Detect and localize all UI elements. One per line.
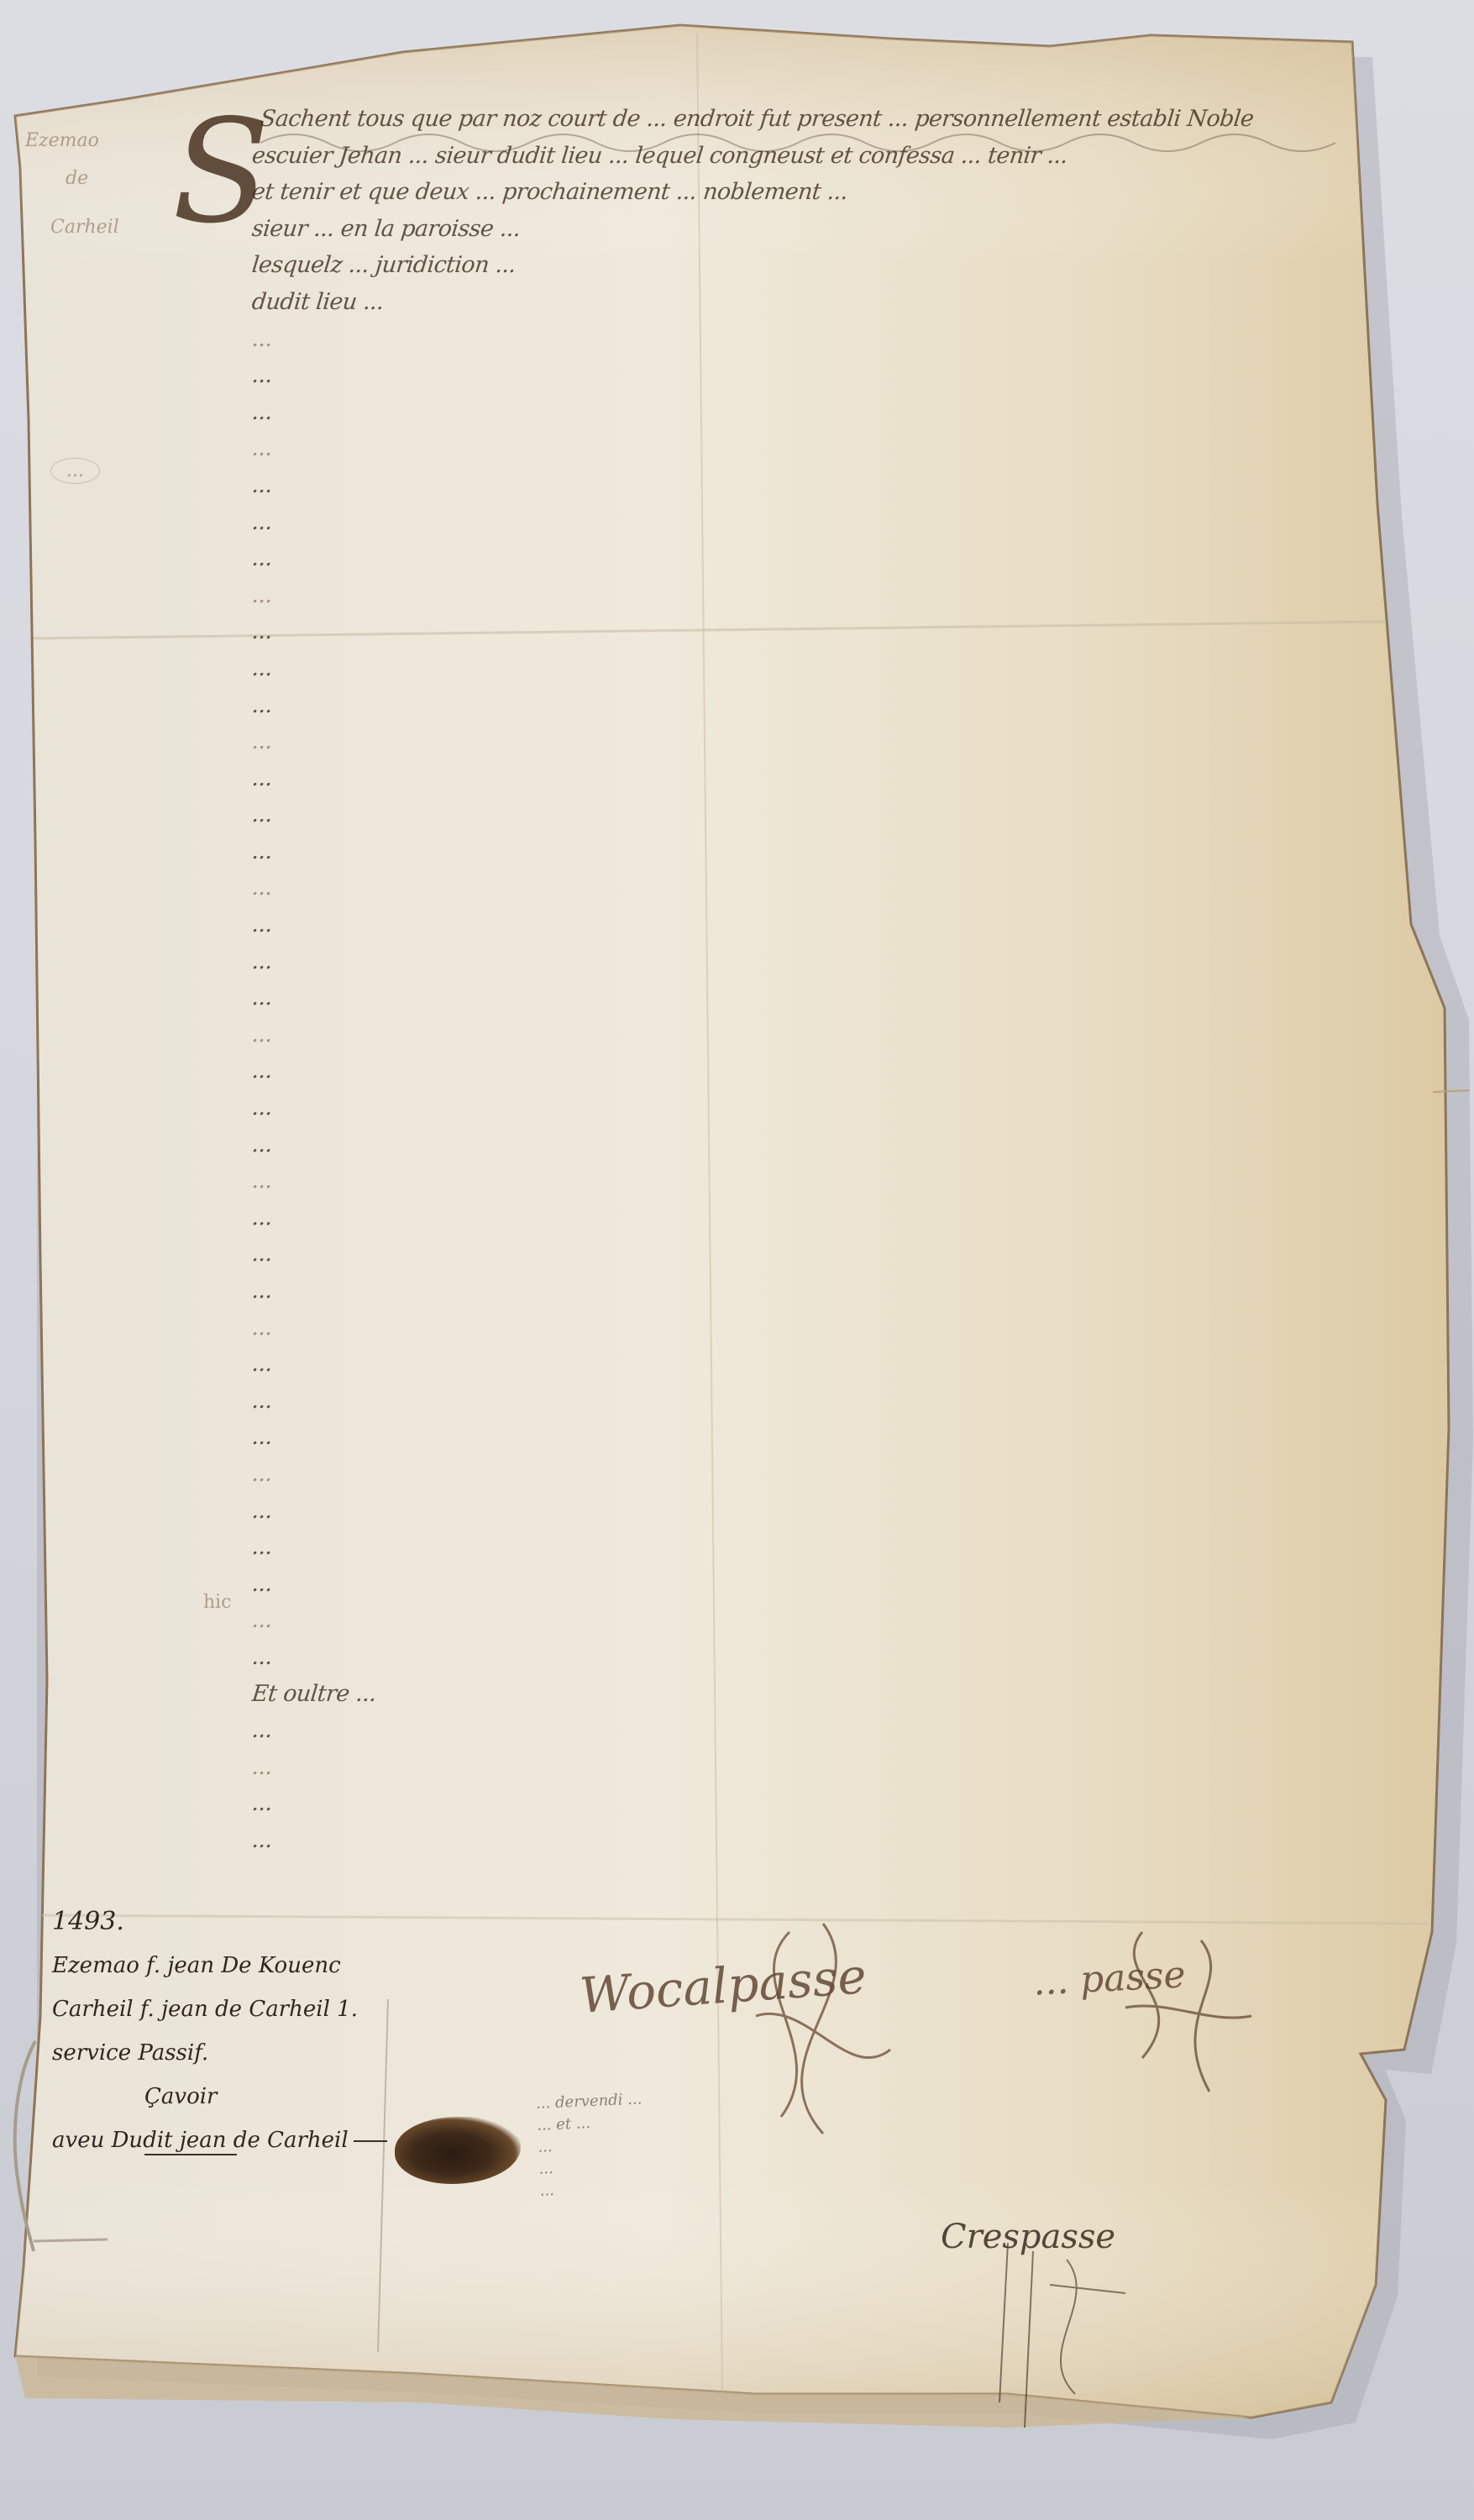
- margin-note-circled: ...: [50, 458, 100, 484]
- manuscript-line: ...: [250, 1493, 1397, 1530]
- manuscript-line: ...: [250, 357, 1397, 394]
- manuscript-line: ...: [250, 1016, 1397, 1053]
- manuscript-line: ...: [250, 394, 1397, 431]
- manuscript-line: Et oultre ...: [250, 1676, 1397, 1713]
- manuscript-line: ...: [250, 467, 1397, 504]
- margin-note-top: Ezemao: [25, 130, 99, 151]
- manuscript-line: ...: [250, 1639, 1397, 1676]
- manuscript-line: ...: [250, 687, 1397, 724]
- manuscript-line: dudit lieu ...: [250, 284, 1397, 321]
- manuscript-line: ...: [250, 1053, 1397, 1089]
- manuscript-line: ...: [250, 723, 1397, 760]
- manuscript-line: ...: [250, 760, 1397, 797]
- annotation-line: Ezemao f. jean De Kouenc: [52, 1944, 405, 1987]
- annotation-line: aveu Dudit jean de Carheil: [52, 2118, 405, 2162]
- manuscript-line: ...: [250, 1785, 1397, 1822]
- manuscript-line: ...: [250, 613, 1397, 650]
- manuscript-line: ...: [250, 943, 1397, 980]
- manuscript-line: sieur ... en la paroisse ...: [250, 211, 1397, 248]
- annotation-line: service Passif.: [52, 2031, 405, 2075]
- manuscript-line: ...: [250, 1126, 1397, 1163]
- manuscript-line: ...: [250, 577, 1397, 614]
- manuscript-line: ...: [250, 1749, 1397, 1786]
- annotation-text: aveu Dudit jean de Carheil: [52, 2128, 349, 2153]
- annotation-year: 1493.: [52, 1900, 405, 1944]
- margin-note-top: Carheil: [50, 217, 119, 238]
- annotation-line: Çavoir: [52, 2075, 405, 2118]
- manuscript-line: ...: [250, 1712, 1397, 1749]
- manuscript-line: ...: [250, 430, 1397, 467]
- manuscript-line: lesquelz ... juridiction ...: [250, 247, 1397, 284]
- signature-flourish-icon: [983, 2234, 1151, 2436]
- manuscript-line: et tenir et que deux ... prochainement .…: [250, 174, 1397, 211]
- manuscript-line: ...: [250, 1163, 1397, 1200]
- manuscript-line: ...: [250, 650, 1397, 687]
- document-photo: S Ezemao de Carheil ... hic Sachent tous…: [0, 0, 1474, 2520]
- manuscript-line: ...: [250, 796, 1397, 833]
- manuscript-line: ...: [250, 321, 1397, 358]
- archival-annotation: 1493. Ezemao f. jean De Kouenc Carheil f…: [52, 1900, 405, 2155]
- manuscript-body: Sachent tous que par noz court de ... en…: [252, 101, 1394, 1859]
- manuscript-line: ...: [250, 1273, 1397, 1310]
- manuscript-line: ...: [250, 906, 1397, 943]
- margin-note-hic: hic: [203, 1592, 232, 1613]
- manuscript-line: ...: [250, 979, 1397, 1016]
- manuscript-line: ...: [250, 1383, 1397, 1420]
- manuscript-line: ...: [250, 833, 1397, 870]
- manuscript-line: ...: [250, 1089, 1397, 1126]
- manuscript-line: ...: [250, 1602, 1397, 1639]
- manuscript-line: ...: [250, 1346, 1397, 1383]
- manuscript-line: ...: [250, 1236, 1397, 1273]
- manuscript-line: ...: [250, 1529, 1397, 1566]
- annotation-line: Carheil f. jean de Carheil 1.: [52, 1987, 405, 2031]
- manuscript-line: Sachent tous que par noz court de ... en…: [250, 101, 1397, 138]
- manuscript-line: ...: [250, 1822, 1397, 1859]
- manuscript-line: ...: [250, 540, 1397, 577]
- manuscript-line: ...: [250, 1456, 1397, 1493]
- manuscript-line: ...: [250, 504, 1397, 541]
- manuscript-line: escuier Jehan ... sieur dudit lieu ... l…: [250, 138, 1397, 175]
- manuscript-line: ...: [250, 1200, 1397, 1236]
- manuscript-line: ...: [250, 869, 1397, 906]
- manuscript-line: ...: [250, 1419, 1397, 1456]
- manuscript-line: ...: [250, 1566, 1397, 1603]
- manuscript-line: ...: [250, 1310, 1397, 1347]
- margin-note-top: de: [66, 168, 88, 189]
- underline-divider: [354, 2140, 387, 2142]
